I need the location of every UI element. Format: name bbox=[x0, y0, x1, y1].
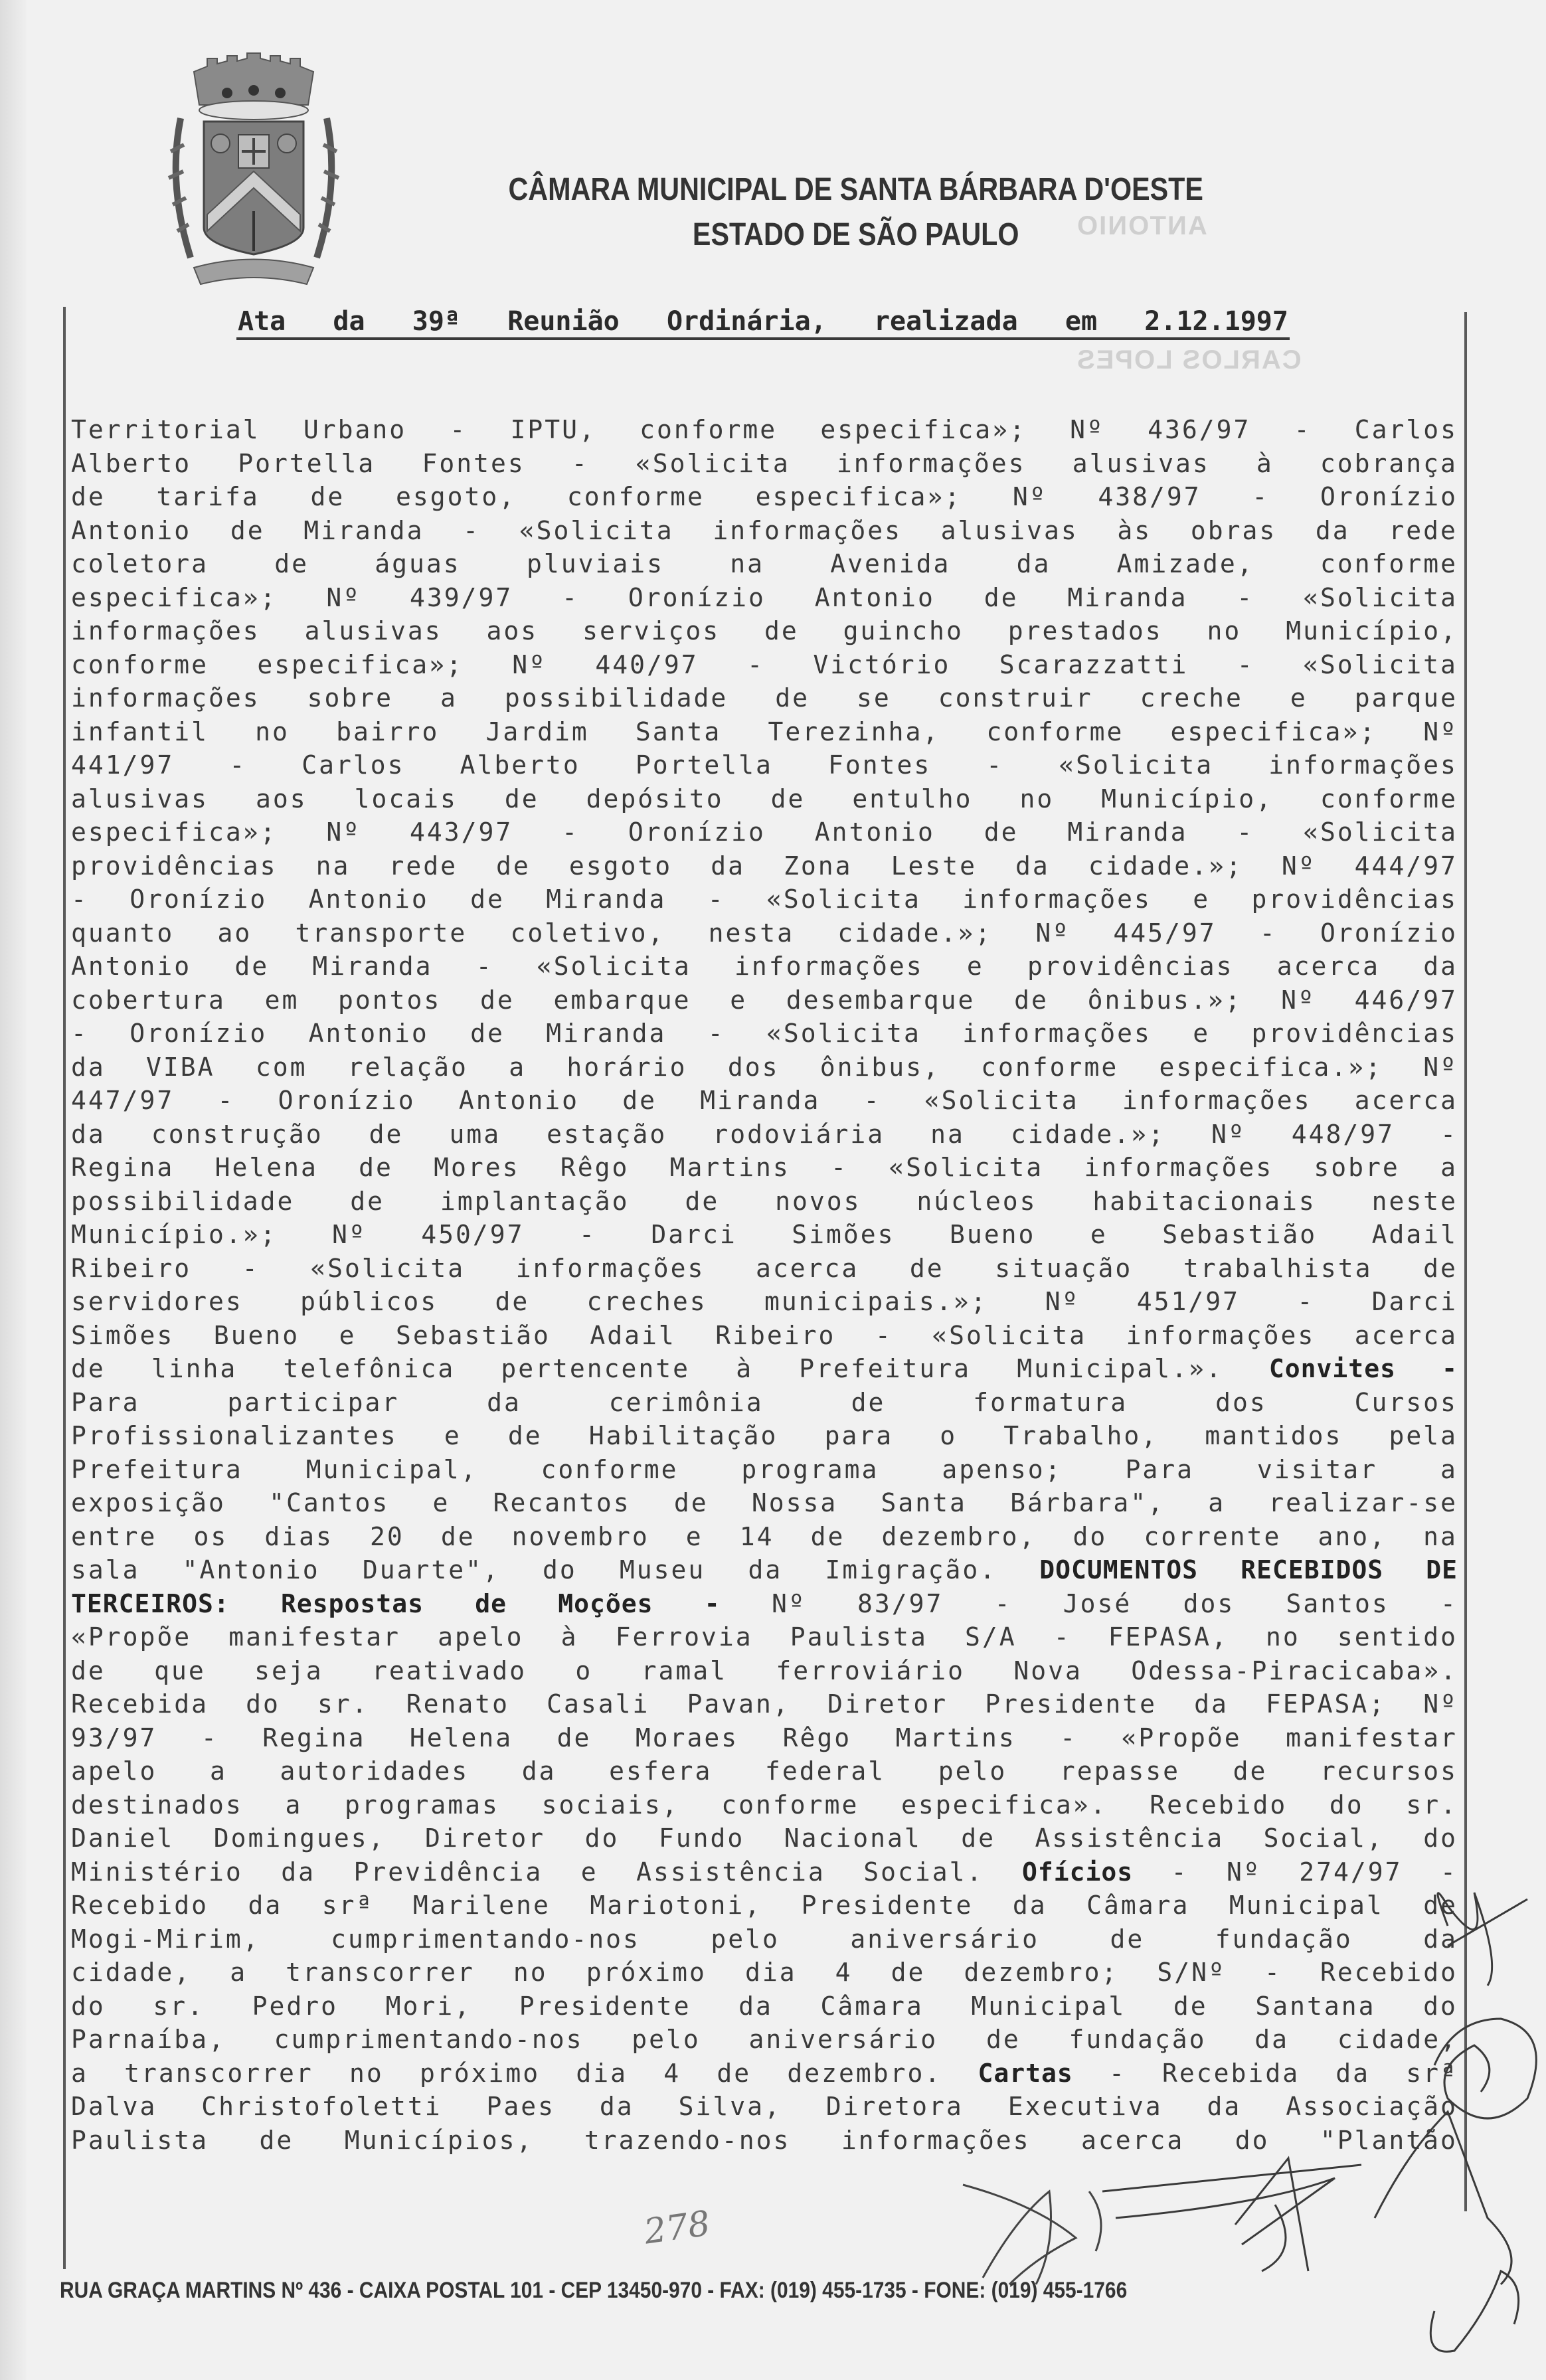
word: de bbox=[891, 1956, 926, 1989]
word: de bbox=[234, 950, 269, 983]
word: 93/97 bbox=[71, 1721, 157, 1754]
word: esfera bbox=[609, 1754, 712, 1788]
word: alusivas bbox=[71, 782, 209, 815]
word: habitacionais bbox=[1092, 1185, 1316, 1218]
word: a bbox=[1208, 1486, 1225, 1519]
text-line: cidade,atranscorrernopróximodia4dedezemb… bbox=[71, 1956, 1458, 1990]
word: dos bbox=[728, 1051, 780, 1084]
word: sr. bbox=[317, 1687, 369, 1721]
text-line: especifica»;Nº443/97-OronízioAntoniodeMi… bbox=[71, 815, 1458, 849]
word: de bbox=[771, 782, 806, 815]
word: Museu bbox=[620, 1553, 705, 1586]
word: cidade, bbox=[71, 1956, 191, 1989]
word: e bbox=[730, 983, 747, 1017]
word: Pedro bbox=[252, 1990, 338, 2023]
word: de bbox=[71, 480, 106, 513]
word: da bbox=[600, 2090, 634, 2123]
title-word: Reunião bbox=[507, 307, 620, 336]
word: 20 bbox=[370, 1520, 404, 1553]
text-line: informaçõessobreapossibilidadedeseconstr… bbox=[71, 681, 1458, 715]
word: em bbox=[265, 983, 300, 1017]
word: 439/97 bbox=[410, 581, 513, 614]
word: de bbox=[674, 1486, 709, 1519]
word: de bbox=[984, 581, 1019, 614]
word: Nº bbox=[772, 1587, 806, 1620]
word: construção bbox=[151, 1118, 323, 1151]
word: Adail bbox=[1372, 1218, 1458, 1251]
word: «Solicita bbox=[1303, 581, 1458, 614]
word: os bbox=[193, 1520, 228, 1553]
word: - bbox=[1252, 480, 1269, 513]
word: «Solicita bbox=[310, 1252, 465, 1285]
word: Simões bbox=[71, 1319, 174, 1352]
word: coletora bbox=[71, 547, 209, 580]
word: Município.»; bbox=[71, 1218, 278, 1251]
word: Municipal bbox=[1229, 1889, 1384, 1922]
word: - bbox=[1297, 1285, 1314, 1318]
word: especifica.»; bbox=[1159, 1051, 1382, 1084]
word: - bbox=[1060, 1721, 1077, 1754]
word: aniversário bbox=[850, 1922, 1039, 1956]
word: Previdência bbox=[354, 1855, 543, 1889]
word: Darci bbox=[1372, 1285, 1458, 1318]
word: depósito bbox=[586, 782, 724, 815]
word: providências bbox=[1251, 1017, 1458, 1050]
word: Christofoletti bbox=[201, 2090, 442, 2123]
word: Oronízio bbox=[628, 581, 766, 614]
word: programa bbox=[741, 1453, 879, 1486]
section-heading-word: - bbox=[705, 1587, 721, 1620]
word: e bbox=[686, 1520, 703, 1553]
word: Leste bbox=[891, 849, 977, 883]
word: José bbox=[1063, 1587, 1132, 1620]
word: Miranda bbox=[1067, 581, 1187, 614]
word: srª bbox=[322, 1889, 374, 1922]
word: providências bbox=[71, 849, 278, 883]
word: - bbox=[562, 581, 579, 614]
word: - bbox=[831, 1151, 848, 1184]
text-line: daconstruçãodeumaestaçãorodoviárianacida… bbox=[71, 1118, 1458, 1151]
word: «Solicita bbox=[889, 1151, 1043, 1184]
word: Antonio bbox=[815, 815, 935, 849]
word: a bbox=[1440, 1453, 1458, 1486]
word: Jardim bbox=[486, 715, 589, 748]
word: - bbox=[242, 1252, 260, 1285]
handwritten-page-number: 278 bbox=[642, 2203, 713, 2252]
text-line: possibilidadedeimplantaçãodenovosnúcleos… bbox=[71, 1185, 1458, 1219]
text-line: detarifadeesgoto,conformeespecifica»;Nº4… bbox=[71, 480, 1458, 514]
word: federal bbox=[765, 1754, 885, 1788]
word: Nº bbox=[1282, 849, 1316, 883]
word: 436/97 bbox=[1148, 413, 1250, 446]
word: Carlos bbox=[301, 748, 404, 782]
word: entre bbox=[71, 1520, 157, 1553]
word: Terezinha, bbox=[768, 715, 940, 748]
word: - bbox=[1054, 1620, 1071, 1654]
word: Nº bbox=[1211, 1118, 1246, 1151]
word: «Solicita bbox=[519, 514, 674, 547]
word: reativado bbox=[372, 1654, 527, 1687]
word: estação bbox=[547, 1118, 667, 1151]
word: - bbox=[201, 1721, 218, 1754]
word: de bbox=[775, 681, 810, 715]
word: especifica»; bbox=[71, 581, 278, 614]
word: Antonio bbox=[309, 1017, 429, 1050]
word: Antonio bbox=[309, 883, 429, 916]
word: Municipal.». bbox=[1017, 1352, 1223, 1385]
word: acerca bbox=[1355, 1084, 1458, 1117]
word: recursos bbox=[1320, 1754, 1458, 1788]
word: Antonio bbox=[815, 581, 935, 614]
word: «Solicita bbox=[537, 950, 691, 983]
word: na bbox=[316, 849, 351, 883]
text-line: MinistériodaPrevidênciaeAssistênciaSocia… bbox=[71, 1855, 1458, 1889]
word: - bbox=[562, 815, 579, 849]
text-line: DalvaChristofolettiPaesdaSilva,DiretoraE… bbox=[71, 2090, 1458, 2124]
word: de bbox=[986, 2023, 1021, 2056]
word: especifica»; bbox=[1171, 715, 1377, 748]
text-line: coberturaempontosdeembarqueedesembarqued… bbox=[71, 983, 1458, 1017]
word: Duarte", bbox=[363, 1553, 500, 1586]
word: rede bbox=[1389, 514, 1458, 547]
word: autoridades bbox=[280, 1754, 469, 1788]
text-line: servidorespúblicosdecrechesmunicipais.»;… bbox=[71, 1285, 1458, 1319]
text-line: Parnaíba,cumprimentando-nospeloaniversár… bbox=[71, 2023, 1458, 2057]
word: de bbox=[685, 1185, 719, 1218]
word: cidade.»; bbox=[1088, 849, 1243, 883]
text-line: ParaparticipardacerimôniadeformaturadosC… bbox=[71, 1386, 1458, 1420]
text-line: AlbertoPortellaFontes-«Solicitainformaçõ… bbox=[71, 447, 1458, 481]
word: fundação bbox=[1215, 1922, 1353, 1956]
word: Marilene bbox=[413, 1889, 551, 1922]
word: VIBA bbox=[146, 1051, 215, 1084]
word: Nº bbox=[1070, 413, 1104, 446]
word: «Solicita bbox=[1059, 748, 1213, 782]
word: aos bbox=[256, 782, 307, 815]
section-heading-word: Cartas bbox=[978, 2057, 1073, 2090]
word: Nº bbox=[332, 1218, 367, 1251]
word: S/A bbox=[965, 1620, 1017, 1654]
word: Regina bbox=[262, 1721, 365, 1754]
word: - bbox=[1237, 648, 1254, 681]
title-word: 39ª bbox=[412, 307, 460, 336]
text-line: providênciasnarededeesgotodaZonaLestedac… bbox=[71, 849, 1458, 883]
text-line: dequesejareativadooramalferroviárioNovaO… bbox=[71, 1654, 1458, 1688]
word: S/Nº bbox=[1157, 1956, 1226, 1989]
word: e bbox=[1193, 1017, 1210, 1050]
word: Nº bbox=[1013, 480, 1047, 513]
word: alusivas bbox=[941, 514, 1078, 547]
word: públicos bbox=[300, 1285, 438, 1318]
word: pelo bbox=[711, 1922, 780, 1956]
word: construir bbox=[938, 681, 1093, 715]
word: Santos bbox=[1286, 1587, 1389, 1620]
word: - bbox=[864, 1084, 881, 1117]
word: Territorial bbox=[71, 413, 260, 446]
text-line: «PropõemanifestarapeloàFerroviaPaulistaS… bbox=[71, 1620, 1458, 1654]
word: de bbox=[764, 614, 799, 647]
section-heading-word: Respostas bbox=[281, 1587, 424, 1620]
word: entulho bbox=[852, 782, 972, 815]
word: Recantos bbox=[493, 1486, 631, 1519]
word: Nº bbox=[1035, 916, 1070, 950]
word: infantil bbox=[71, 715, 209, 748]
word: da bbox=[748, 1553, 782, 1586]
word: 4 bbox=[835, 1956, 853, 1989]
word: Ministério bbox=[71, 1855, 243, 1889]
section-heading-word: RECEBIDOS bbox=[1241, 1553, 1383, 1586]
word: «Solicita bbox=[924, 1084, 1079, 1117]
word: conforme bbox=[981, 1051, 1118, 1084]
word: Associação bbox=[1286, 2090, 1458, 2123]
word: a bbox=[285, 1788, 302, 1822]
word: - bbox=[986, 748, 1003, 782]
word: Nº bbox=[326, 581, 361, 614]
word: tarifa bbox=[156, 480, 259, 513]
word: Recebido bbox=[1320, 1956, 1458, 1989]
text-line: DanielDomingues,DiretordoFundoNacionalde… bbox=[71, 1822, 1458, 1855]
word: providências bbox=[1251, 883, 1458, 916]
word: informações bbox=[71, 681, 260, 715]
word: de bbox=[310, 480, 345, 513]
word: ramal bbox=[642, 1654, 727, 1687]
word: «Solicita bbox=[766, 1017, 921, 1050]
word: na bbox=[930, 1118, 965, 1151]
word: Rêgo bbox=[560, 1151, 630, 1184]
word: participar bbox=[227, 1386, 399, 1419]
word: Recebida bbox=[1162, 2057, 1300, 2090]
word: de bbox=[71, 1352, 106, 1385]
minutes-body-text: TerritorialUrbano-IPTU,conformeespecific… bbox=[71, 413, 1458, 2157]
word: alusivas bbox=[305, 614, 442, 647]
word: na bbox=[1423, 1520, 1458, 1553]
text-line: AntoniodeMiranda-«Solicitainformaçõesalu… bbox=[71, 514, 1458, 548]
word: informações bbox=[71, 614, 260, 647]
word: Scarazzatti bbox=[999, 648, 1189, 681]
word: de bbox=[557, 1721, 592, 1754]
word: especifica». bbox=[901, 1788, 1108, 1822]
title-word: da bbox=[333, 307, 365, 336]
word: 438/97 bbox=[1098, 480, 1201, 513]
word: sala bbox=[71, 1553, 140, 1586]
word: Daniel bbox=[71, 1822, 174, 1855]
word: Oronízio bbox=[278, 1084, 416, 1117]
word: trabalhista bbox=[1183, 1252, 1373, 1285]
word: da bbox=[1316, 514, 1350, 547]
word: srª bbox=[1406, 2057, 1458, 2090]
word: Fontes bbox=[422, 447, 525, 480]
word: informações bbox=[713, 514, 902, 547]
word: Diretor bbox=[827, 1687, 948, 1721]
word: - bbox=[875, 1319, 893, 1352]
word: Câmara bbox=[820, 1990, 923, 2023]
text-line: informaçõesalusivasaosserviçosdeguinchop… bbox=[71, 614, 1458, 648]
word: da bbox=[522, 1754, 557, 1788]
word: Nº bbox=[1423, 1051, 1458, 1084]
word: no bbox=[513, 1956, 548, 1989]
word: da bbox=[1335, 2057, 1370, 2090]
word: Oronízio bbox=[1320, 916, 1458, 950]
word: guincho bbox=[843, 614, 964, 647]
word: - bbox=[463, 514, 480, 547]
word: de bbox=[1014, 983, 1049, 1017]
word: acerca bbox=[1277, 950, 1380, 983]
word: no bbox=[1266, 1620, 1300, 1654]
text-line: ProfissionalizantesedeHabilitaçãoparaoTr… bbox=[71, 1419, 1458, 1453]
word: alusivas bbox=[1073, 447, 1210, 480]
word: novembro bbox=[512, 1520, 649, 1553]
word: Mariotoni, bbox=[590, 1889, 762, 1922]
word: 450/97 bbox=[421, 1218, 524, 1251]
word: linha bbox=[151, 1352, 237, 1385]
word: quanto bbox=[71, 916, 174, 950]
word: Alberto bbox=[460, 748, 580, 782]
text-line: -OronízioAntoniodeMiranda-«Solicitainfor… bbox=[71, 883, 1458, 916]
word: conforme bbox=[567, 480, 705, 513]
word: Regina bbox=[71, 1151, 174, 1184]
word: "Antonio bbox=[183, 1553, 320, 1586]
word: cumprimentando-nos bbox=[274, 2023, 584, 2056]
text-line: coletoradeáguaspluviaisnaAvenidadaAmizad… bbox=[71, 547, 1458, 581]
word: de bbox=[1423, 1252, 1458, 1285]
word: - bbox=[708, 1017, 725, 1050]
text-line: Mogi-Mirim,cumprimentando-nospeloanivers… bbox=[71, 1922, 1458, 1956]
word: Santa bbox=[881, 1486, 966, 1519]
word: horário bbox=[566, 1051, 687, 1084]
text-line: apeloaautoridadesdaesferafederalpelorepa… bbox=[71, 1754, 1458, 1788]
text-line: Recebidadosr.RenatoCasaliPavan,DiretorPr… bbox=[71, 1687, 1458, 1721]
word: à bbox=[561, 1620, 578, 1654]
word: Antonio bbox=[459, 1084, 579, 1117]
word: da bbox=[1013, 1889, 1047, 1922]
word: águas bbox=[375, 547, 460, 580]
word: da bbox=[1015, 849, 1050, 883]
word: da bbox=[1254, 2023, 1289, 2056]
word: informações bbox=[962, 1017, 1152, 1050]
word: aniversário bbox=[749, 2023, 938, 2056]
word: providências bbox=[1027, 950, 1234, 983]
word: de bbox=[1173, 1990, 1208, 2023]
word: e bbox=[967, 950, 984, 983]
word: 443/97 bbox=[410, 815, 513, 849]
word: Oronízio bbox=[129, 1017, 267, 1050]
word: Prefeitura bbox=[71, 1453, 243, 1486]
word: conforme bbox=[986, 715, 1124, 748]
section-heading-word: TERCEIROS: bbox=[71, 1587, 230, 1620]
word: da bbox=[248, 1889, 283, 1922]
section-heading-word: Moções bbox=[558, 1587, 653, 1620]
word: Sebastião bbox=[1162, 1218, 1317, 1251]
word: Pavan, bbox=[687, 1687, 790, 1721]
word: municipais.»; bbox=[764, 1285, 988, 1318]
word: sobre bbox=[1314, 1151, 1399, 1184]
word: - bbox=[1109, 2057, 1126, 2090]
word: pelo bbox=[632, 2023, 701, 2056]
word: de bbox=[717, 2057, 751, 2090]
word: especifica»; bbox=[257, 648, 464, 681]
word: do bbox=[543, 1553, 577, 1586]
word: 446/97 bbox=[1355, 983, 1458, 1017]
word: - bbox=[747, 648, 764, 681]
word: Recebido bbox=[1150, 1788, 1287, 1822]
word: Moraes bbox=[636, 1721, 738, 1754]
word: Victório bbox=[813, 648, 950, 681]
word: de bbox=[961, 1822, 995, 1855]
word: Nº bbox=[1423, 715, 1458, 748]
word: às bbox=[1117, 514, 1152, 547]
word: apelo bbox=[71, 1754, 157, 1788]
word: realizar-se bbox=[1268, 1486, 1458, 1519]
word: Domingues, bbox=[214, 1822, 386, 1855]
text-line: especifica»;Nº439/97-OronízioAntoniodeMi… bbox=[71, 581, 1458, 615]
word: de bbox=[71, 1654, 106, 1687]
word: - bbox=[1171, 1855, 1189, 1889]
word: Dalva bbox=[71, 2090, 157, 2123]
word: da bbox=[738, 1990, 773, 2023]
word: de bbox=[470, 1017, 505, 1050]
state-name: ESTADO DE SÃO PAULO bbox=[108, 216, 1438, 253]
word: esgoto, bbox=[396, 480, 516, 513]
word: do bbox=[585, 1822, 620, 1855]
word: do bbox=[1423, 1990, 1458, 2023]
word: Executiva bbox=[1008, 2090, 1163, 2123]
word: Assistência bbox=[1035, 1822, 1224, 1855]
text-line: alusivasaoslocaisdedepósitodeentulhonoMu… bbox=[71, 782, 1458, 816]
word: Miranda bbox=[1067, 815, 1187, 849]
word: informações bbox=[837, 447, 1026, 480]
word: - bbox=[1440, 1118, 1458, 1151]
word: Social, bbox=[1264, 1822, 1384, 1855]
word: ônibus.»; bbox=[1088, 983, 1243, 1017]
word: Casali bbox=[547, 1687, 649, 1721]
word: «Solicita bbox=[636, 447, 790, 480]
word: conforme bbox=[640, 413, 777, 446]
word: Diretor bbox=[425, 1822, 545, 1855]
word: possibilidade bbox=[505, 681, 728, 715]
word: sr. bbox=[153, 1990, 205, 2023]
word: de bbox=[851, 1386, 886, 1419]
word: Fundo bbox=[659, 1822, 744, 1855]
word: especifica»; bbox=[820, 413, 1027, 446]
word: núcleos bbox=[916, 1185, 1037, 1218]
word: prestados bbox=[1008, 614, 1163, 647]
word: - bbox=[995, 1587, 1012, 1620]
word: trazendo-nos bbox=[584, 2124, 791, 2157]
word: Mori, bbox=[386, 1990, 472, 2023]
word: desembarque bbox=[786, 983, 976, 1017]
word: informações bbox=[734, 950, 924, 983]
word: e bbox=[433, 1486, 450, 1519]
word: Martins bbox=[896, 1721, 1016, 1754]
word: à bbox=[1256, 447, 1274, 480]
word: ao bbox=[218, 916, 252, 950]
word: cobrança bbox=[1320, 447, 1458, 480]
word: Municípios, bbox=[345, 2124, 534, 2157]
word: da bbox=[711, 849, 745, 883]
word: no bbox=[349, 2057, 384, 2090]
section-heading-word: DE bbox=[1426, 1553, 1458, 1586]
word: Mogi-Mirim, bbox=[71, 1922, 260, 1956]
word: - bbox=[229, 748, 246, 782]
word: de bbox=[359, 1151, 393, 1184]
word: dos bbox=[1215, 1386, 1267, 1419]
word: novos bbox=[775, 1185, 861, 1218]
word: que bbox=[154, 1654, 206, 1687]
word: rodoviária bbox=[713, 1118, 885, 1151]
text-line: SimõesBuenoeSebastiãoAdailRibeiro-«Solic… bbox=[71, 1319, 1458, 1353]
word: 444/97 bbox=[1355, 849, 1458, 883]
word: cerimônia bbox=[609, 1386, 764, 1419]
